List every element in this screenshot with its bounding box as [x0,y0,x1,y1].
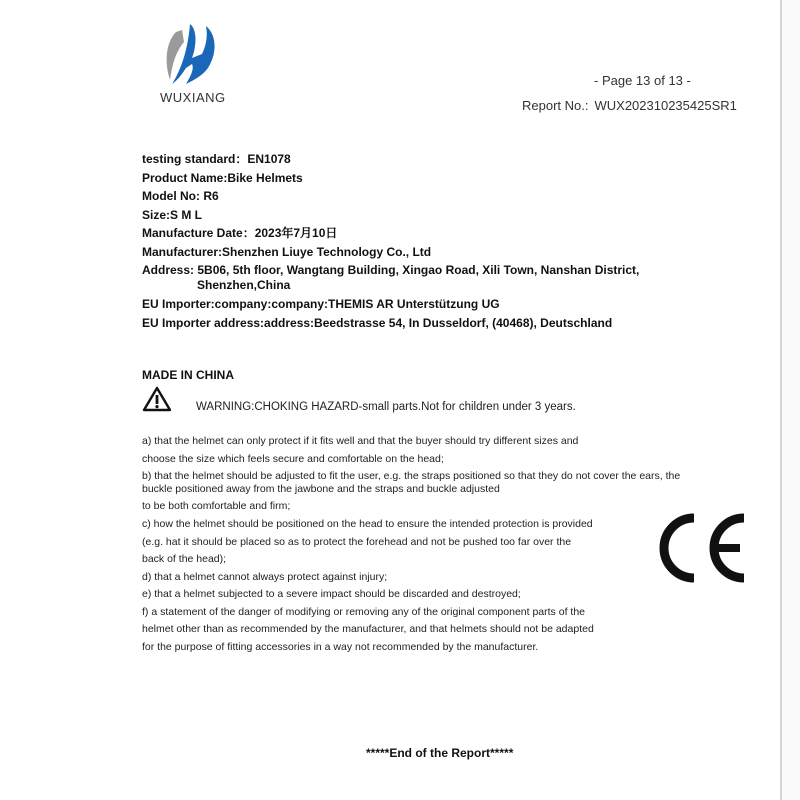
eu-importer: EU Importer:company:company:THEMIS AR Un… [142,295,742,314]
product-info: testing standard：EN1078 Product Name:Bik… [142,150,742,332]
instruction-line: choose the size which feels secure and c… [142,453,742,470]
instruction-line: b) that the helmet should be adjusted to… [142,470,742,483]
end-of-report: *****End of the Report***** [366,746,513,760]
address-line-1: Address: 5B06, 5th floor, Wangtang Build… [142,263,742,278]
manufacture-date: Manufacture Date：2023年7月10日 [142,224,742,243]
instruction-line: a) that the helmet can only protect if i… [142,435,742,453]
report-label: Report No.: [522,98,588,113]
report-number-value: WUX202310235425SR1 [594,98,736,113]
warning-text: WARNING:CHOKING HAZARD-small parts.Not f… [196,401,576,413]
instruction-line: helmet other than as recommended by the … [142,623,742,641]
warning-triangle-icon [142,386,172,412]
page-indicator: - Page 13 of 13 - [594,73,691,88]
eu-importer-address: EU Importer address:address:Beedstrasse … [142,314,742,333]
instruction-line: for the purpose of fitting accessories i… [142,641,742,659]
size: Size:S M L [142,206,742,225]
ce-mark-icon [652,512,748,584]
manufacturer: Manufacturer:Shenzhen Liuye Technology C… [142,243,742,262]
company-logo: WUXIANG [150,18,240,108]
instruction-line: f) a statement of the danger of modifyin… [142,606,742,624]
logo-text: WUXIANG [160,90,226,105]
made-in-label: MADE IN CHINA [142,368,234,382]
testing-standard: testing standard：EN1078 [142,150,742,169]
report-number: Report No.:WUX202310235425SR1 [522,98,737,113]
instruction-line: buckle positioned away from the jawbone … [142,483,742,500]
address-line-2: Shenzhen,China [142,278,742,293]
model-number: Model No: R6 [142,187,742,206]
instruction-line: e) that a helmet subjected to a severe i… [142,588,742,606]
product-name: Product Name:Bike Helmets [142,169,742,188]
page-margin [782,0,800,800]
wuxiang-logo-icon [162,18,228,88]
